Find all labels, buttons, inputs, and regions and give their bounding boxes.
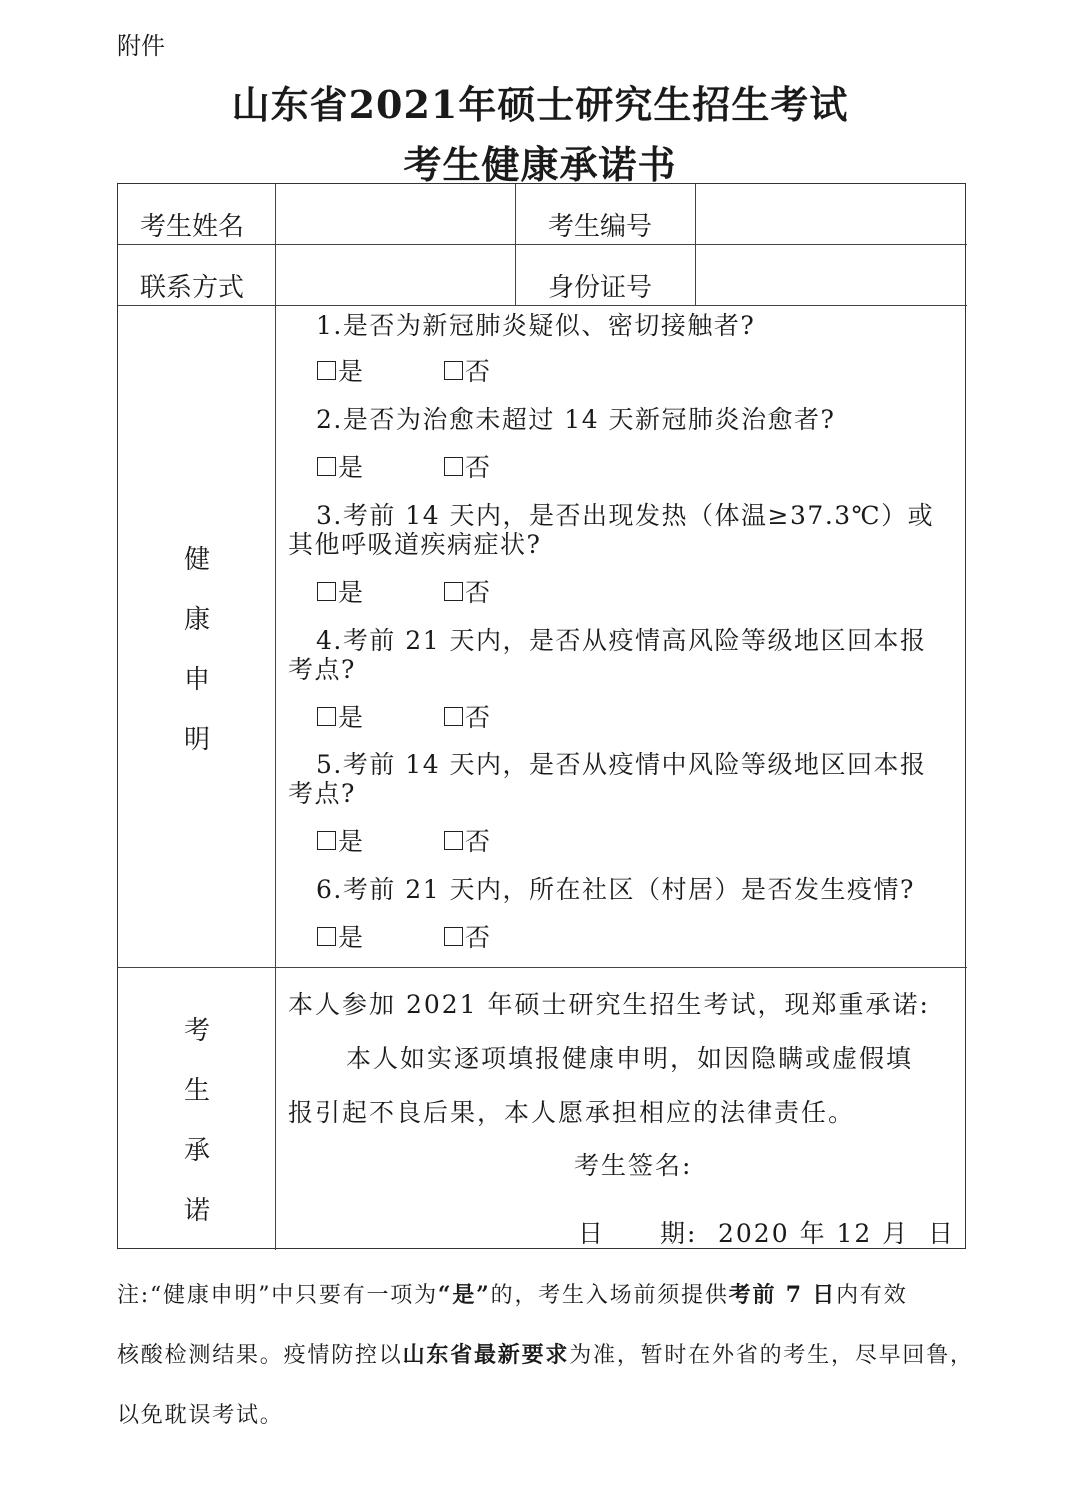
pledge-label-char: 承 (177, 1130, 217, 1167)
checkbox-icon[interactable] (444, 457, 463, 476)
date-label-b: 期: (660, 1214, 697, 1250)
row-divider (118, 967, 967, 968)
q4-no-option[interactable]: 否 (444, 698, 490, 734)
exam-number-label: 考生编号 (548, 206, 652, 243)
checkbox-icon[interactable] (444, 361, 463, 380)
note-line-1: 注:“健康申明”中只要有一项为“是”的，考生入场前须提供考前 7 日内有效 (117, 1278, 908, 1309)
id-number-field[interactable] (698, 247, 963, 303)
question-5-cont: 考点? (288, 774, 356, 810)
note-line-2: 核酸检测结果。疫情防控以山东省最新要求为准，暂时在外省的考生，尽早回鲁， (117, 1338, 974, 1369)
pledge-line-1: 本人参加 2021 年硕士研究生招生考试，现郑重承诺: (288, 985, 930, 1021)
q2-no-option[interactable]: 否 (444, 448, 490, 484)
col-divider (275, 184, 276, 1250)
q1-no-option[interactable]: 否 (444, 352, 490, 388)
q2-yes-option[interactable]: 是 (317, 448, 363, 484)
q3-no-option[interactable]: 否 (444, 573, 490, 609)
note-line-3: 以免耽误考试。 (117, 1398, 284, 1429)
health-label-char: 健 (177, 539, 217, 576)
date-label-a: 日 (578, 1214, 605, 1250)
q5-no-option[interactable]: 否 (444, 822, 490, 858)
checkbox-icon[interactable] (444, 582, 463, 601)
checkbox-icon[interactable] (444, 707, 463, 726)
question-1: 1.是否为新冠肺炎疑似、密切接触者? (316, 306, 755, 342)
checkbox-icon[interactable] (317, 927, 336, 946)
question-6: 6.考前 21 天内，所在社区（村居）是否发生疫情? (316, 870, 915, 906)
q3-yes-option[interactable]: 是 (317, 573, 363, 609)
q6-yes-option[interactable]: 是 (317, 918, 363, 954)
checkbox-icon[interactable] (317, 707, 336, 726)
exam-number-field[interactable] (698, 186, 963, 242)
q1-yes-option[interactable]: 是 (317, 352, 363, 388)
q5-yes-option[interactable]: 是 (317, 822, 363, 858)
name-field[interactable] (278, 186, 513, 242)
question-2: 2.是否为治愈未超过 14 天新冠肺炎治愈者? (316, 400, 835, 436)
checkbox-icon[interactable] (444, 831, 463, 850)
pledge-label-char: 考 (177, 1010, 217, 1047)
question-4-cont: 考点? (288, 650, 356, 686)
checkbox-icon[interactable] (317, 457, 336, 476)
attachment-label: 附件 (117, 26, 165, 61)
question-3-cont: 其他呼吸道疾病症状? (288, 525, 541, 561)
health-label-char: 明 (177, 719, 217, 756)
question-4: 4.考前 21 天内，是否从疫情高风险等级地区回本报 (316, 621, 927, 657)
checkbox-icon[interactable] (444, 927, 463, 946)
q4-yes-option[interactable]: 是 (317, 698, 363, 734)
pledge-label-char: 生 (177, 1070, 217, 1107)
date-day: 日 (928, 1214, 955, 1250)
contact-field[interactable] (278, 247, 513, 303)
date-value: 2020 年 12 月 (718, 1214, 909, 1250)
document-title: 山东省2021年硕士研究生招生考试 (0, 74, 1080, 129)
health-label-char: 申 (177, 659, 217, 696)
checkbox-icon[interactable] (317, 831, 336, 850)
id-number-label: 身份证号 (548, 267, 652, 304)
checkbox-icon[interactable] (317, 582, 336, 601)
pledge-line-3: 报引起不良后果，本人愿承担相应的法律责任。 (288, 1093, 855, 1129)
contact-label: 联系方式 (140, 267, 244, 304)
pledge-label-char: 诺 (177, 1190, 217, 1227)
signature-label: 考生签名: (574, 1146, 692, 1182)
checkbox-icon[interactable] (317, 361, 336, 380)
pledge-line-2: 本人如实逐项填报健康申明，如因隐瞒或虚假填 (346, 1039, 913, 1075)
signature-field[interactable] (708, 1139, 948, 1179)
q6-no-option[interactable]: 否 (444, 918, 490, 954)
col-divider (515, 184, 516, 305)
document-subtitle: 考生健康承诺书 (0, 134, 1080, 189)
question-5: 5.考前 14 天内，是否从疫情中风险等级地区回本报 (316, 745, 927, 781)
name-label: 考生姓名 (140, 206, 244, 243)
col-divider (695, 184, 696, 305)
health-label-char: 康 (177, 599, 217, 636)
pledge-form-table: 考生姓名 考生编号 联系方式 身份证号 健 康 申 明 1.是否为新冠肺炎疑似、… (117, 183, 966, 1249)
row-divider (118, 244, 967, 245)
